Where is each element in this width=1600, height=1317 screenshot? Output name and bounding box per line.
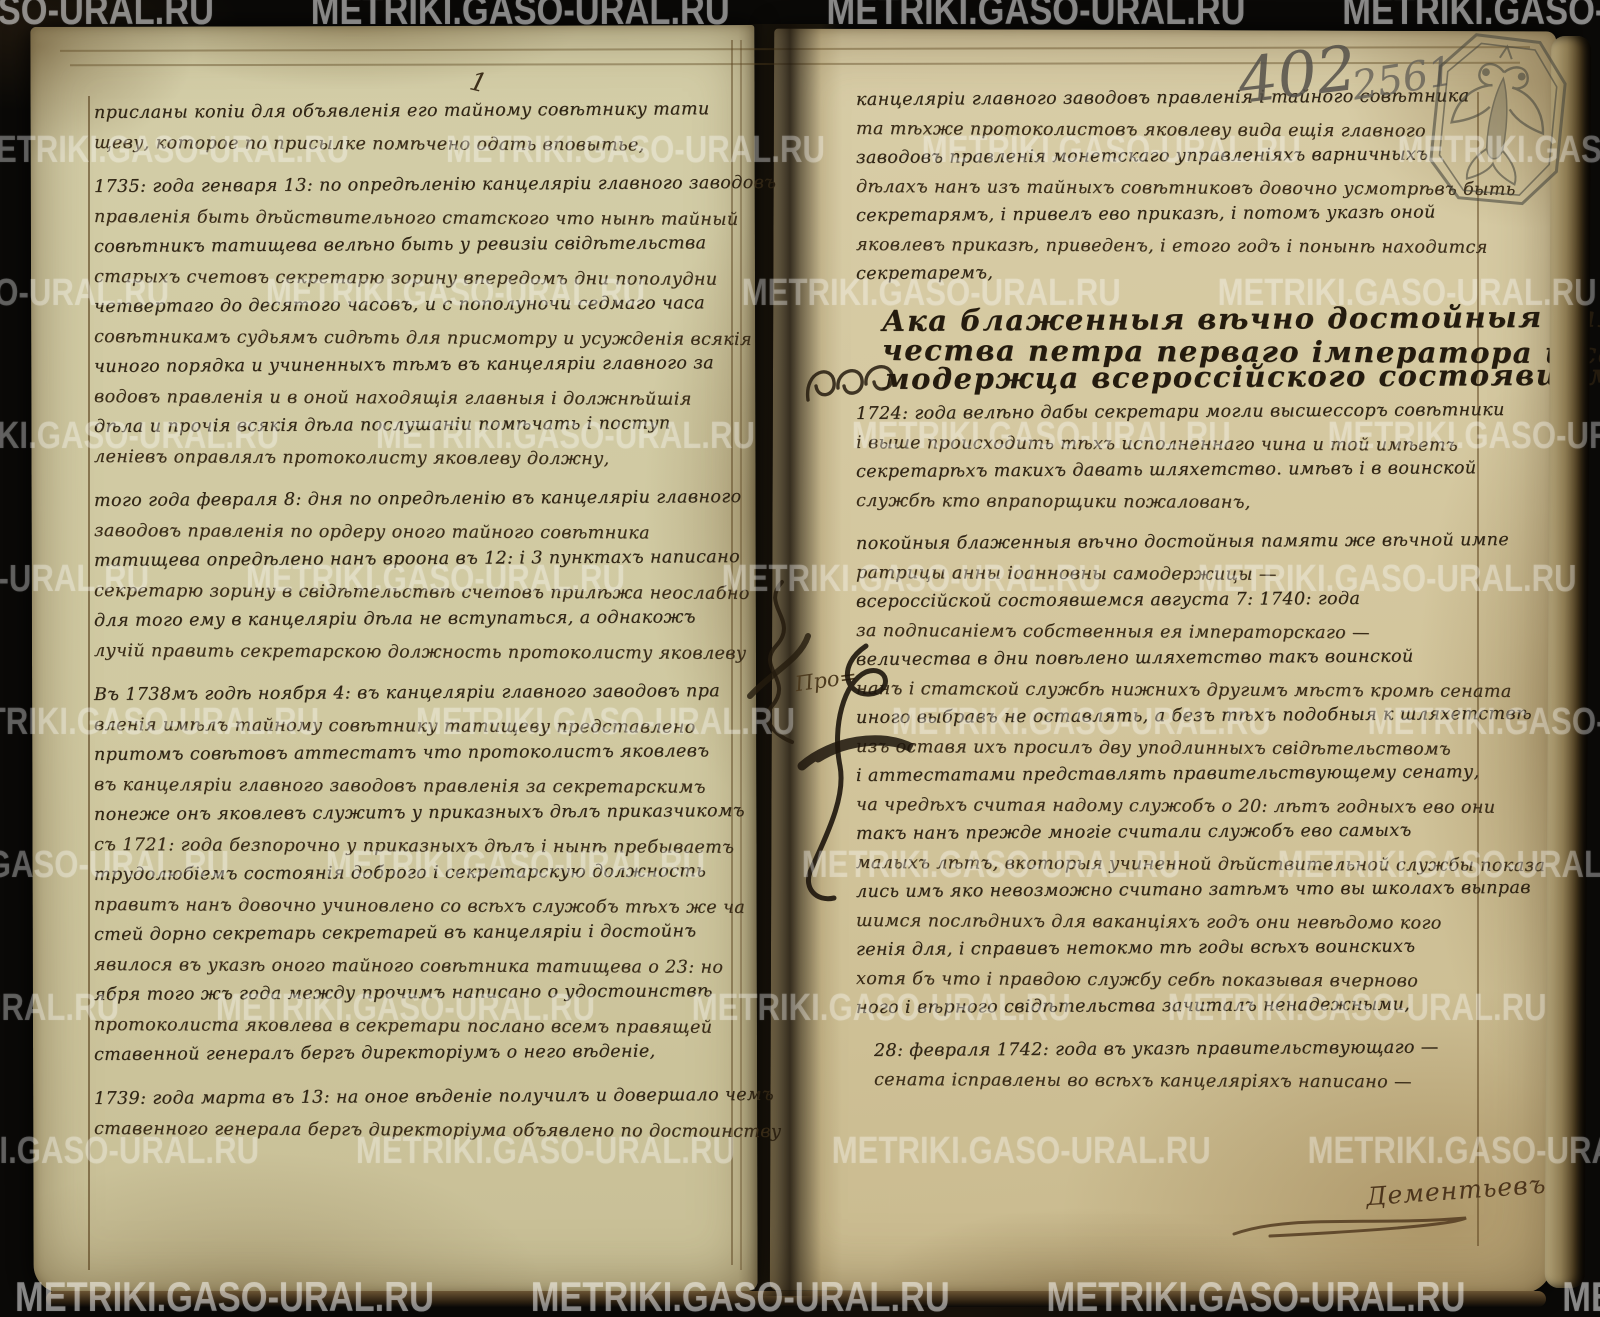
manuscript-line: иного выбравъ не оставлять, а безъ тѣхъ … bbox=[856, 700, 1502, 733]
manuscript-line: секретарѣхъ такихъ давать шляхетство. им… bbox=[856, 454, 1502, 487]
manuscript-line: ставенной генералъ бергъ директоріумъ о … bbox=[94, 1036, 742, 1070]
manuscript-line: лись имъ яко невозможно считано затѣмъ ч… bbox=[856, 874, 1502, 907]
manuscript-line: леніевъ оправлялъ протоколисту яковлеву … bbox=[94, 442, 742, 475]
gutter-paraph-flourish bbox=[796, 636, 916, 916]
right-page-text: канцеляріи главного заводовъ правленія і… bbox=[856, 86, 1502, 1109]
manuscript-line: понеже онъ яковлевъ служитъ у приказныхъ… bbox=[94, 796, 742, 830]
manuscript-line: трудолюбіемъ состоянія доброго і секрета… bbox=[94, 856, 742, 890]
small-loop-flourish bbox=[798, 330, 898, 420]
manuscript-line: 1724: года велѣно дабы секретари могли в… bbox=[856, 396, 1502, 429]
paragraph: 1735: года генваря 13: по опредѣленію ка… bbox=[94, 172, 742, 472]
manuscript-line: службѣ кто впрапорщики пожалованъ, bbox=[856, 487, 1502, 519]
folio-number: 402 bbox=[1234, 31, 1360, 118]
manuscript-line: модержца всероссійского состоявшемся bbox=[882, 361, 1502, 394]
manuscript-line: величества в дни повѣлено шляхетство так… bbox=[856, 642, 1502, 675]
manuscript-line: 1739: года марта въ 13: на оное вѣденіе … bbox=[94, 1080, 742, 1114]
manuscript-line: присланы копіи для объявленія его тайном… bbox=[94, 94, 742, 128]
manuscript-line: татищева опредѣлено нанъ вроона въ 12: і… bbox=[94, 542, 742, 576]
manuscript-line: дѣла и прочія всякія дѣла послушаніи пом… bbox=[94, 408, 742, 442]
manuscript-line: притомъ совѣтовъ аттестатъ что протоколи… bbox=[94, 736, 742, 770]
paragraph: 1739: года марта въ 13: на оное вѣденіе … bbox=[94, 1084, 742, 1144]
paragraph: Ака блаженныя вѣчно достойныя памяти его… bbox=[856, 307, 1502, 394]
paragraph: присланы копіи для объявленія его тайном… bbox=[94, 98, 742, 158]
imperial-eagle-stamp-icon bbox=[1418, 24, 1579, 220]
left-page-text: присланы копіи для объявленія его тайном… bbox=[94, 98, 742, 1158]
manuscript-line: секретарямъ, і привелъ ево приказѣ, і по… bbox=[856, 198, 1502, 231]
manuscript-line: ября того жъ года между прочимъ написано… bbox=[94, 976, 742, 1010]
manuscript-line: 28: февраля 1742: года въ указѣ правител… bbox=[874, 1033, 1502, 1066]
paragraph: канцеляріи главного заводовъ правленія і… bbox=[856, 86, 1502, 289]
paragraph: 1724: года велѣно дабы секретари могли в… bbox=[856, 400, 1502, 516]
manuscript-line: генія для, і справивъ нетокмо тѣ годы вс… bbox=[856, 932, 1502, 965]
manuscript-line: ного і вѣрного свідѣтельства зачиталъ не… bbox=[856, 990, 1502, 1023]
manuscript-line: Ака блаженныя вѣчно достойныя памяти его… bbox=[882, 303, 1502, 336]
manuscript-scan: присланы копіи для объявленія его тайном… bbox=[0, 0, 1600, 1317]
manuscript-line: покойныя блаженныя вѣчно достойныя памят… bbox=[856, 526, 1502, 559]
manuscript-line: заводовъ правленія монетскаго управленія… bbox=[856, 140, 1502, 173]
manuscript-line: чиного порядка и учиненныхъ тѣмъ въ канц… bbox=[94, 348, 742, 382]
manuscript-line: стей дорно секретарь секретарей въ канце… bbox=[94, 916, 742, 950]
manuscript-line: і аттестатами представлять правительству… bbox=[856, 758, 1502, 791]
manuscript-line: всероссійской состоявшемся августа 7: 17… bbox=[856, 584, 1502, 617]
left-page-margin-line bbox=[88, 96, 90, 1270]
right-page-curled-edge bbox=[1545, 36, 1592, 1288]
manuscript-line: сената ісправлены во всѣхъ канцеляріяхъ … bbox=[874, 1066, 1502, 1098]
manuscript-line: секретаремъ, bbox=[856, 256, 1502, 289]
manuscript-line: ставенного генерала бергъ директоріума о… bbox=[94, 1114, 742, 1147]
paragraph: покойныя блаженныя вѣчно достойныя памят… bbox=[856, 530, 1502, 1023]
manuscript-line: Въ 1738мъ годѣ ноября 4: въ канцеляріи г… bbox=[94, 676, 742, 710]
paragraph: Въ 1738мъ годѣ ноября 4: въ канцеляріи г… bbox=[94, 680, 742, 1070]
manuscript-line: лучій править секретарскою должность про… bbox=[94, 636, 742, 669]
manuscript-line: такъ нанъ прежде многіе считали служобъ … bbox=[856, 816, 1502, 849]
manuscript-line: для того ему в канцеляріи дѣла не вступа… bbox=[94, 602, 742, 636]
paragraph: 28: февраля 1742: года въ указѣ правител… bbox=[856, 1037, 1502, 1095]
page-stack-bottom-edge bbox=[46, 1291, 1546, 1307]
manuscript-line: совѣтникъ татищева велѣно быть у ревизіи… bbox=[94, 228, 742, 262]
signature-underline-flourish bbox=[1230, 1196, 1480, 1246]
manuscript-line: четвертаго до десятого часовъ, и с попол… bbox=[94, 288, 742, 322]
paragraph: того года февраля 8: дня по опредѣленію … bbox=[94, 486, 742, 666]
manuscript-line: того года февраля 8: дня по опредѣленію … bbox=[94, 482, 742, 516]
manuscript-line: щеву, которое по присылке помѣчено одать… bbox=[94, 128, 742, 161]
manuscript-line: 1735: года генваря 13: по опредѣленію ка… bbox=[94, 168, 742, 202]
